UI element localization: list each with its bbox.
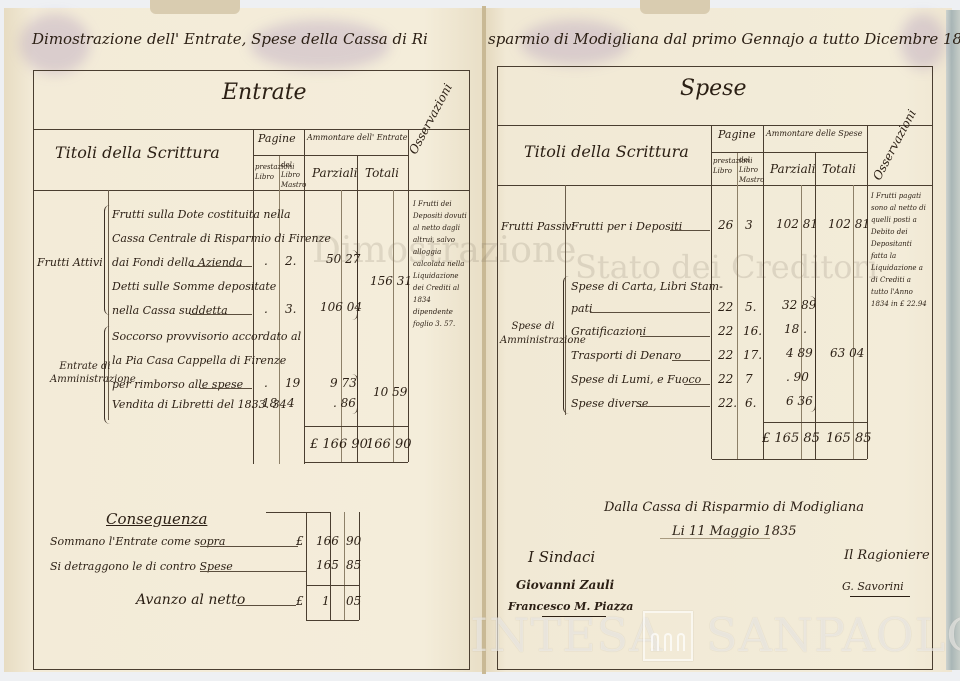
entry-line: Spese di Carta, Libri Stam-	[571, 280, 723, 293]
entrate-header-titoli: Titoli della Scrittura	[55, 143, 220, 162]
pag-mastro: 4	[287, 396, 295, 410]
spese-header-ammontare: Ammontare delle Spese	[766, 129, 862, 138]
total-brace	[352, 374, 358, 414]
page-edge	[946, 10, 960, 670]
ragioniere-label: Il Ragioniere	[844, 548, 930, 563]
group-label-frutti-passivi: Frutti Passivi	[501, 220, 575, 233]
pag-libro: .	[264, 376, 268, 390]
rule	[200, 388, 252, 389]
pag-mastro: 17.	[743, 348, 762, 362]
total-brace	[810, 296, 816, 412]
rule	[254, 155, 408, 156]
spese-header-titoli: Titoli della Scrittura	[524, 142, 689, 161]
entry-line: Vendita di Libretti del 1833. 34	[112, 398, 287, 411]
pag-mastro: 3	[745, 218, 753, 232]
rule	[34, 129, 469, 130]
rule	[409, 190, 469, 191]
rule	[672, 360, 710, 361]
group-brace	[104, 205, 110, 315]
watermark-right-word: SANPAOLO	[706, 608, 960, 662]
rule	[867, 125, 868, 459]
rule	[34, 190, 409, 191]
rule	[640, 336, 710, 337]
rule	[670, 230, 710, 231]
parziale: . 90	[786, 370, 809, 384]
entrate-header-ammontare: Ammontare dell' Entrate	[307, 133, 407, 142]
group-total: 102 81	[828, 217, 870, 231]
signature-ragioniere: G. Savorini	[842, 580, 904, 593]
rule	[236, 605, 296, 606]
closing-place-line: Dalla Cassa di Risparmio di Modigliana	[604, 500, 864, 515]
entry-line: Soccorso provvisorio accordato al	[112, 330, 301, 343]
rule	[341, 190, 342, 462]
pag-libro: 22.	[718, 396, 737, 410]
entrate-header-pagine: Pagine	[258, 132, 296, 145]
conseguenza-lire: 166	[316, 534, 339, 548]
group-total: 63 04	[830, 346, 864, 360]
rule	[712, 459, 867, 460]
pag-mastro: 5.	[745, 300, 756, 314]
entrate-header-pag-libro: prestazioni Libro	[255, 162, 279, 182]
rule	[306, 585, 359, 586]
entrate-header-totali: Totali	[365, 166, 399, 180]
conseguenza-cent: 90	[346, 534, 361, 548]
sindaci-label: I Sindaci	[528, 548, 595, 566]
entry-line: nella Cassa suddetta	[112, 304, 228, 317]
spese-header-pag-libro: prestazioni Libro	[713, 156, 737, 176]
watermark-left-word: INTESA	[470, 608, 663, 662]
entry-line: Cassa Centrale di Risparmio di Firenze	[112, 232, 331, 245]
parziale: 18 .	[784, 322, 807, 336]
rule	[304, 462, 408, 463]
avanzo-label: Avanzo al netto	[136, 592, 245, 608]
rule	[393, 190, 394, 462]
spese-header-pag-mastro: del Libro Mastro	[739, 155, 763, 185]
grand-total-totali: 165 85	[826, 431, 872, 446]
spese-header-parziali: Parziali	[770, 162, 815, 176]
rule	[304, 426, 408, 427]
group-brace	[563, 276, 569, 414]
pag-libro: .	[264, 254, 268, 268]
currency-symbol: £	[296, 534, 304, 548]
spese-header-pagine: Pagine	[718, 128, 756, 141]
entrate-header-parziali: Parziali	[312, 166, 357, 180]
pag-libro: .	[264, 302, 268, 316]
rule	[590, 312, 710, 313]
rule	[279, 155, 280, 464]
rule	[190, 314, 252, 315]
group-total: 156 31	[370, 274, 412, 288]
rule	[636, 406, 710, 407]
rule	[344, 512, 345, 620]
grand-total-parziali: £ 165 85	[762, 431, 820, 446]
rule	[200, 571, 306, 572]
currency-symbol: £	[296, 594, 304, 608]
group-total: 10 59	[373, 385, 407, 399]
entry-line: Gratificazioni	[571, 325, 646, 338]
parziale: 102 81	[776, 217, 818, 231]
pag-libro: 22	[718, 372, 733, 386]
spese-osservazioni-note: I Frutti pagati sono al netto di quelli …	[871, 190, 929, 310]
rule	[850, 596, 910, 597]
grand-total-parziali: £ 166 90	[310, 437, 368, 452]
pag-mastro: 3.	[285, 302, 296, 316]
signature-sindaco-1: Giovanni Zauli	[516, 578, 614, 592]
rule	[660, 538, 770, 539]
entry-line: la Pia Casa Cappella di Firenze	[112, 354, 286, 367]
conseguenza-title-text: Conseguenza	[106, 510, 207, 528]
entry-line: Spese di Lumi, e Fuoco	[571, 373, 701, 386]
closing-date-line: Li 11 Maggio 1835	[672, 524, 797, 539]
rule	[763, 422, 867, 423]
entry-line: Frutti per i Depositi	[571, 220, 682, 233]
total-brace	[352, 250, 358, 320]
group-label-frutti-attivi: Frutti Attivi	[37, 256, 103, 269]
pag-libro: 18	[262, 396, 277, 410]
entry-line: Trasporti di Denaro	[571, 349, 681, 362]
pag-mastro: 16.	[743, 324, 762, 338]
torn-edge	[150, 0, 240, 14]
rule	[200, 546, 298, 547]
entry-line: per rimborso alle spese	[112, 378, 243, 391]
rule	[306, 620, 359, 621]
entry-line: Spese diverse	[571, 397, 648, 410]
rule	[737, 152, 738, 459]
pag-libro: 22	[718, 300, 733, 314]
pag-mastro: 2.	[285, 254, 296, 268]
group-brace	[104, 326, 110, 424]
document-heading-right: sparmio di Modigliana dal primo Gennajo …	[488, 30, 960, 48]
document-heading-left: Dimostrazione dell' Entrate, Spese della…	[32, 30, 428, 48]
rule	[266, 512, 330, 513]
avanzo-lire: 1	[322, 594, 330, 608]
rule	[684, 384, 710, 385]
parziale: 4 89	[786, 346, 813, 360]
avanzo-cent: 05	[346, 594, 361, 608]
entry-line: Frutti sulla Dote costituita nella	[112, 208, 291, 221]
pag-mastro: 7	[745, 372, 753, 386]
pag-mastro: 19	[285, 376, 300, 390]
conseguenza-title: Conseguenza	[106, 510, 207, 528]
group-label-text: Spese di Amministrazione	[500, 320, 566, 348]
rule	[408, 129, 409, 462]
rule	[190, 266, 252, 267]
pag-libro: 22	[718, 348, 733, 362]
entrate-title: Entrate	[222, 80, 307, 105]
spese-header-totali: Totali	[822, 162, 856, 176]
spese-title: Spese	[680, 76, 746, 101]
rule	[304, 129, 305, 464]
entry-line: Detti sulle Somme depositate	[112, 280, 276, 293]
watermark-logo-icon	[643, 611, 693, 661]
group-label-spese-amministrazione: Spese di Amministrazione	[500, 320, 566, 348]
pag-mastro: 6.	[745, 396, 756, 410]
grand-total-totali: 166 90	[366, 437, 412, 452]
entry-line: pati	[571, 302, 593, 315]
rule	[306, 512, 307, 620]
entry-line: dai Fondi della Azienda	[112, 256, 243, 269]
conseguenza-lire: 165	[316, 558, 339, 572]
pag-libro: 26	[718, 218, 733, 232]
rule	[712, 152, 867, 153]
pag-libro: 22	[718, 324, 733, 338]
parziale: 6 36	[786, 394, 813, 408]
rule	[253, 129, 254, 464]
torn-edge	[640, 0, 710, 14]
conseguenza-cent: 85	[346, 558, 361, 572]
book-spine	[482, 6, 486, 674]
entrate-osservazioni-note: I Frutti dei Depositi dovuti al netto da…	[413, 198, 467, 330]
entrate-header-pag-mastro: del Libro Mastro	[281, 160, 304, 190]
